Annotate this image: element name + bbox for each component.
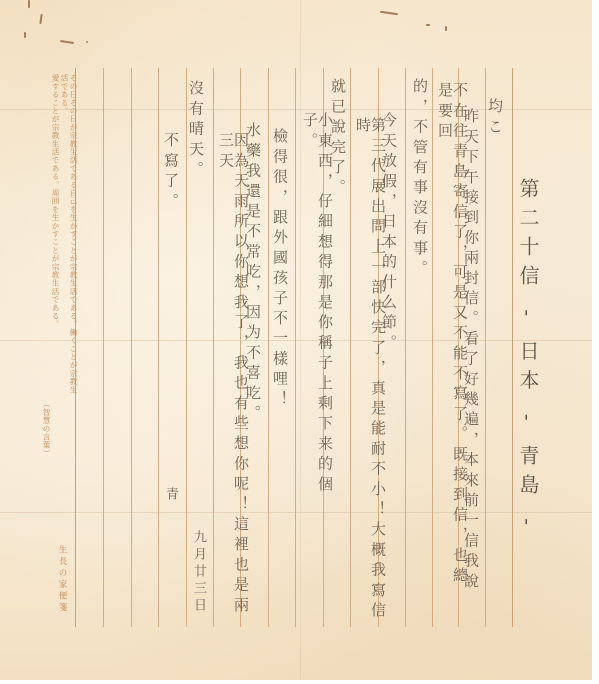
letter-date: 九月廿三日 [192,530,205,615]
ruled-line [485,68,486,627]
fold-crease [0,512,592,513]
ruled-line [103,68,104,627]
ruled-line [158,68,159,627]
letter-title: 第二十信 - 日本 - 青島 - [518,178,538,534]
ink-stain [60,40,74,44]
letter-body-column: 小東西，仔細想得那是你稱子上剩下来的個子。 [302,112,332,532]
fold-crease [0,340,592,341]
ruled-line [432,68,433,627]
letter-body-column: 第三代展出問上一部快完了，真是能耐不小！大概我寫信時 [355,117,385,637]
printed-motto-line-2: 愛することが宗教生活である。周囲を生かすことが宗教生活である。 [51,74,60,394]
letter-body-column: 不寫了。 [163,132,178,213]
letter-body-column: 因為天雨所以你想我了，我也有些想你呢！這裡也是兩三天 [218,132,248,622]
ink-stain [28,0,30,8]
letter-salutation: 均こ [487,98,502,138]
letter-signature: 青 [164,487,177,504]
ink-stain [86,41,88,43]
printed-motto-line-1: その日その日が宗教生活である自己を生かすことが宗教生活である。働くことが宗教生活… [60,74,78,394]
ink-stain [445,26,447,31]
letter-paper: その日その日が宗教生活である自己を生かすことが宗教生活である。働くことが宗教生活… [0,0,592,680]
ruled-line [350,68,351,627]
letter-body-column: 檢得很，跟外國孩子不一樣哩！ [272,128,287,411]
stationery-maker-mark: 生長の家便箋 [56,545,68,614]
fold-crease [300,0,301,680]
ink-stain [39,14,42,24]
ruled-line [512,68,513,627]
ink-stain [380,11,398,15]
letter-body-column: 不在往青島寄信了，可是又不能不寫了。既接到信，也總是要回 [437,82,467,602]
printed-motto-source: （智慧の言葉） [42,400,51,460]
ink-stain [426,24,430,26]
ruled-line [213,68,214,627]
ruled-line [268,68,269,627]
letter-body-column: 沒有晴天。 [188,80,203,181]
ruled-line [405,68,406,627]
ink-stain [24,32,26,38]
letter-body-column: 的，不管有事沒有事。 [412,78,427,280]
ruled-line [295,68,296,627]
ruled-line [131,68,132,627]
